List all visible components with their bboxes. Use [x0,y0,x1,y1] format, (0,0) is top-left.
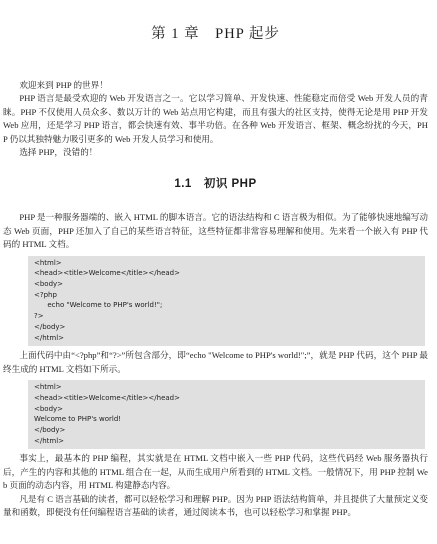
intro-paragraph-choose-php: 选择 PHP，没错的！ [3,146,428,159]
code-block-generated-html: <html> <head><title>Welcome</title></hea… [28,380,425,449]
code-block-php-embedded-html: <html> <head><title>Welcome</title></hea… [28,256,425,347]
section-paragraph-explain-code: 上面代码中由“<?php”和“?>”所包含部分，即“echo "Welcome … [3,349,428,376]
code-line: echo "Welcome to PHP's world!"; [34,300,421,311]
intro-paragraph-overview: PHP 语言是最受欢迎的 Web 开发语言之一。它以学习简单、开发快速、性能稳定… [3,92,428,146]
code-line: </html> [34,436,421,447]
document-page: 第 1 章 PHP 起步 欢迎来到 PHP 的世界！ PHP 语言是最受欢迎的 … [0,0,437,544]
code-line: </body> [34,322,421,333]
intro-paragraph-welcome: 欢迎来到 PHP 的世界！ [3,79,428,92]
code-line: <body> [34,279,421,290]
chapter-title: 第 1 章 PHP 起步 [3,24,428,44]
code-line: <head><title>Welcome</title></head> [34,393,421,404]
page-content: 第 1 章 PHP 起步 欢迎来到 PHP 的世界！ PHP 语言是最受欢迎的 … [0,24,437,519]
code-line: <?php [34,290,421,301]
code-line: </body> [34,425,421,436]
section-paragraph-basics: 事实上，最基本的 PHP 编程，其实就是在 HTML 文档中嵌入一些 PHP 代… [3,452,428,492]
section-1-1-body: PHP 是一种服务器端的、嵌入 HTML 的脚本语言。它的语法结构和 C 语言极… [3,211,428,519]
code-line: Welcome to PHP's world! [34,414,421,425]
code-line: <body> [34,404,421,415]
section-paragraph-intro: PHP 是一种服务器端的、嵌入 HTML 的脚本语言。它的语法结构和 C 语言极… [3,211,428,251]
code-line: <html> [34,382,421,393]
code-line: <html> [34,258,421,269]
intro-section: 欢迎来到 PHP 的世界！ PHP 语言是最受欢迎的 Web 开发语言之一。它以… [3,79,428,159]
section-heading-1-1: 1.1 初识 PHP [3,176,428,192]
code-line: <head><title>Welcome</title></head> [34,268,421,279]
code-line: </html> [34,333,421,344]
code-line: ?> [34,311,421,322]
section-paragraph-c-readers: 凡是有 C 语言基础的读者，都可以轻松学习和理解 PHP。因为 PHP 语法结构… [3,493,428,520]
